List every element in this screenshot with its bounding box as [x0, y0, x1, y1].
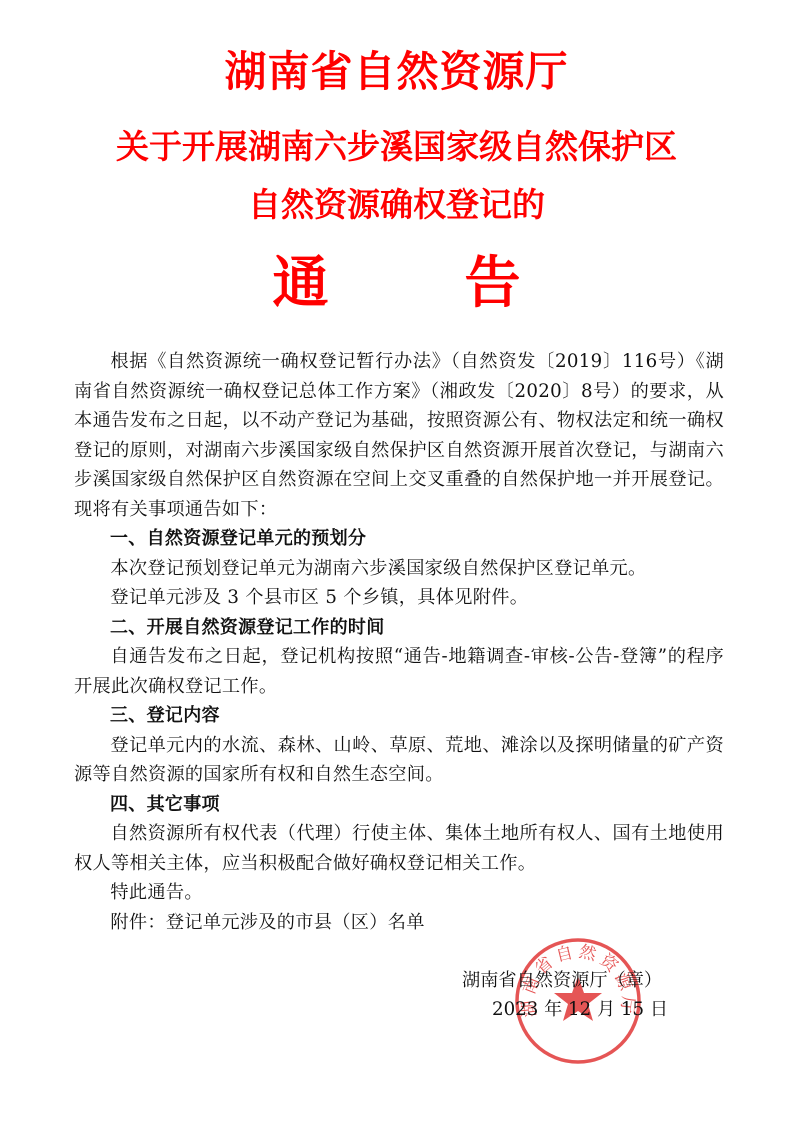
- section-3-paragraph-1: 登记单元内的水流、森林、山岭、草原、荒地、滩涂以及探明储量的矿产资源等自然资源的…: [74, 731, 724, 790]
- section-2-paragraph-1: 自通告发布之日起，登记机构按照“通告-地籍调查-审核-公告-登簿”的程序开展此次…: [74, 642, 724, 701]
- section-1-paragraph-2: 登记单元涉及 3 个县市区 5 个乡镇，具体见附件。: [74, 583, 724, 613]
- signature-block: 湖南省自然资源厅（章） 2023 年 12 月 15 日: [462, 966, 668, 1024]
- section-1-paragraph-1: 本次登记预划登记单元为湖南六步溪国家级自然保护区登记单元。: [74, 554, 724, 584]
- issue-date: 2023 年 12 月 15 日: [462, 995, 668, 1024]
- section-heading-3: 三、登记内容: [74, 701, 724, 731]
- notice-title: 通告: [0, 248, 793, 318]
- attachment-line: 附件：登记单元涉及的市县（区）名单: [74, 908, 724, 938]
- notice-title-char-2: 告: [465, 248, 521, 318]
- notice-subtitle-line-2: 自然资源确权登记的: [0, 184, 793, 226]
- notice-subtitle-line-1: 关于开展湖南六步溪国家级自然保护区: [0, 126, 793, 168]
- notice-body: 根据《自然资源统一确权登记暂行办法》（自然资发〔2019〕116号）《湖南省自然…: [74, 347, 724, 937]
- notice-title-char-1: 通: [273, 248, 329, 318]
- intro-paragraph: 根据《自然资源统一确权登记暂行办法》（自然资发〔2019〕116号）《湖南省自然…: [74, 347, 724, 524]
- section-heading-4: 四、其它事项: [74, 790, 724, 820]
- section-4-paragraph-1: 自然资源所有权代表（代理）行使主体、集体土地所有权人、国有土地使用权人等相关主体…: [74, 819, 724, 878]
- issuer-signature: 湖南省自然资源厅（章）: [462, 966, 668, 995]
- issuing-organization-title: 湖南省自然资源厅: [0, 46, 793, 98]
- section-heading-1: 一、自然资源登记单元的预划分: [74, 524, 724, 554]
- closing-line: 特此通告。: [74, 878, 724, 908]
- section-heading-2: 二、开展自然资源登记工作的时间: [74, 613, 724, 643]
